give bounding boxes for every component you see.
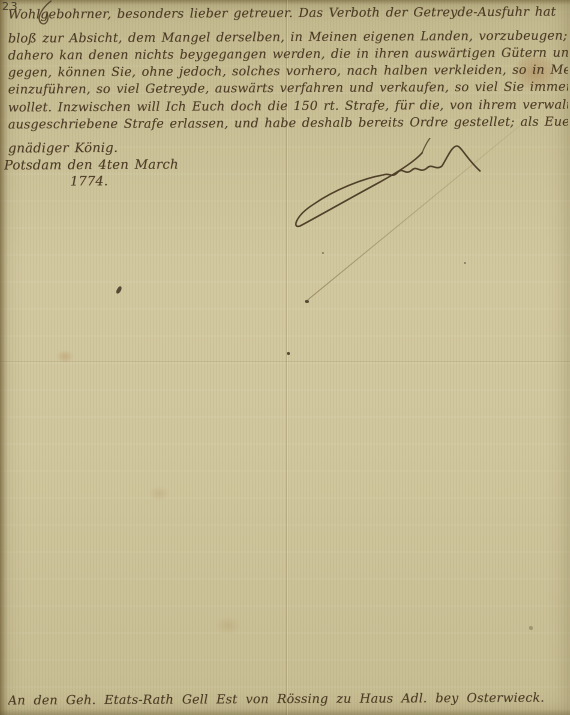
address-line: An den Geh. Etats-Rath Gell Est von Röss… [8, 689, 568, 709]
friedrich-signature [290, 138, 490, 238]
manuscript-line: einzuführen, so viel Getreyde, auswärts … [8, 78, 568, 98]
ink-speck [322, 252, 324, 254]
manuscript-line: ausgeschriebene Strafe erlassen, und hab… [8, 113, 568, 133]
page-edge-shadow-bottom [0, 709, 570, 715]
ink-speck [464, 262, 466, 264]
ink-speck [115, 286, 123, 295]
ink-speck [287, 352, 290, 355]
manuscript-line: Wohlgebohrner, besonders lieber getreuer… [8, 3, 568, 23]
ink-speck [529, 626, 533, 630]
foxing-stain [214, 616, 242, 635]
letter-page: 23 Wohlgebohrner, besonders lieber getre… [0, 0, 570, 715]
fold-crease-horizontal [0, 361, 570, 362]
page-edge-shadow-left [0, 0, 8, 715]
foxing-stain [148, 486, 170, 501]
foxing-stain [56, 350, 74, 363]
